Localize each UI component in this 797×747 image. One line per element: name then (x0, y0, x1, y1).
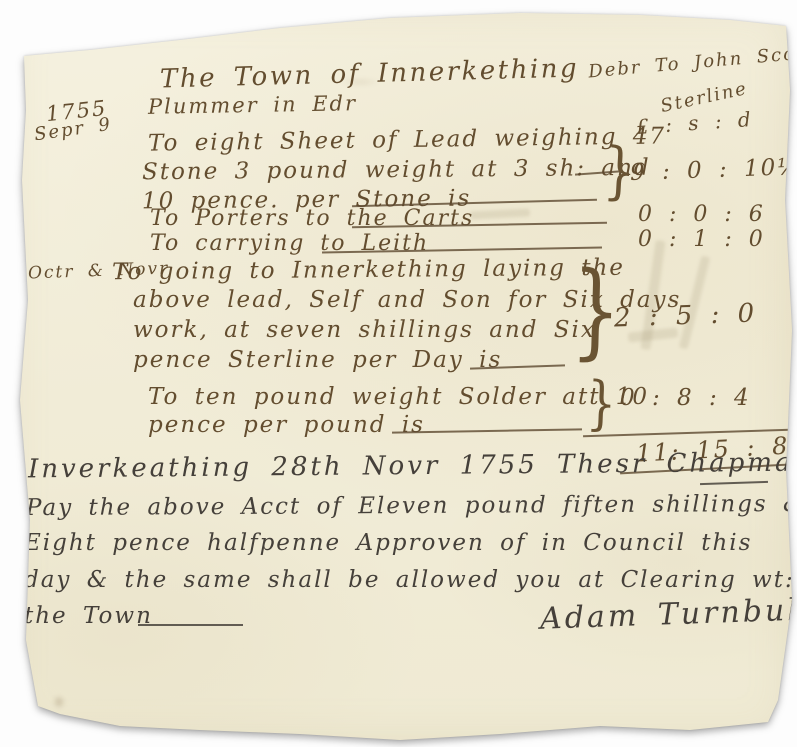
entry-line: Stone 3 pound weight at 3 sh: and (142, 156, 651, 186)
attestation-line: Pay the above Acct of Eleven pound fifte… (26, 492, 797, 521)
grouping-brace: } (585, 373, 617, 433)
paper-stain (330, 75, 390, 89)
paper-sheet: The Town of Innerkething Debr To John Sc… (0, 0, 797, 747)
document-subtitle: Plummer in Edr (148, 92, 357, 119)
corner-ink-smudge (50, 692, 68, 712)
entry-line: To carrying to Leith (150, 232, 429, 256)
dash-rule (138, 624, 243, 626)
entry-line: To Porters to the Carts (150, 207, 474, 231)
entry-line: pence Sterline per Day is (133, 348, 502, 373)
entry-line: work, at seven shillings and Six (133, 318, 596, 343)
attestation-line: the Town (24, 604, 153, 629)
entry-line: To going to Innerkething laying the (112, 256, 625, 286)
entry-amount: 0 : 0 : 6 (638, 203, 765, 227)
entry-line: To ten pound weight Solder att 10 (148, 385, 649, 410)
debtor-line: Debr To John Scot (588, 44, 797, 83)
entry-amount: 9 : 0 : 10½ (630, 155, 797, 186)
entry-line: To eight Sheet of Lead weighing 47 (148, 124, 666, 157)
attestation-line: day & the same shall be allowed you at C… (24, 568, 795, 593)
attestation-line: Eight pence halfpenne Approven of in Cou… (24, 531, 752, 556)
signature: Adam Turnbull (540, 593, 797, 635)
entry-amount: 0 : 8 : 4 (620, 386, 751, 411)
attestation-place-date: Inverkeathing 28th Novr 1755 Thesr Chapm… (28, 449, 797, 484)
paper-shadow: The Town of Innerkething Debr To John Sc… (0, 0, 797, 747)
margin-date-1: Sepr 9 (33, 115, 113, 146)
ink-showthrough (470, 208, 530, 219)
entry-line: pence per pound is (148, 413, 425, 438)
dash-rule (700, 481, 768, 485)
scanned-document: The Town of Innerkething Debr To John Sc… (0, 0, 797, 747)
